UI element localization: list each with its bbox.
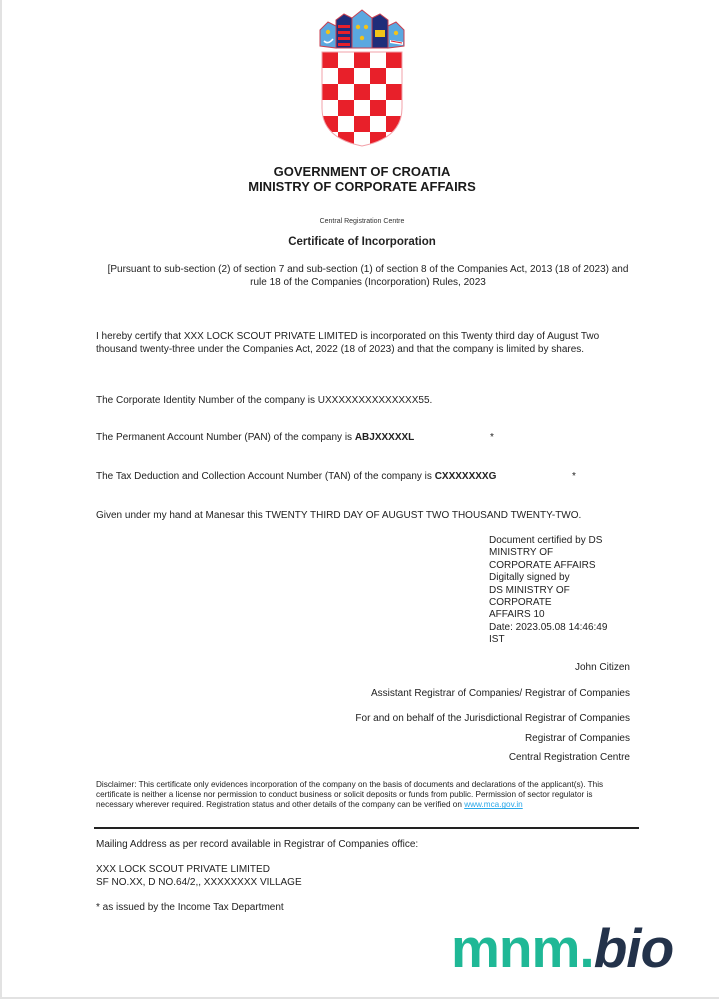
cin-statement: The Corporate Identity Number of the com… xyxy=(96,395,432,408)
pan-label: The Permanent Account Number (PAN) of th… xyxy=(96,432,355,443)
signature-line: CORPORATE xyxy=(489,597,649,609)
given-under-hand-statement: Given under my hand at Manesar this TWEN… xyxy=(96,510,581,523)
address-line-1: XXX LOCK SCOUT PRIVATE LIMITED xyxy=(96,864,302,877)
cin-label: The Corporate Identity Number of the com… xyxy=(96,395,318,406)
disclaimer-text: Disclaimer: This certificate only eviden… xyxy=(96,780,603,809)
address-line-2: SF NO.XX, D NO.64/2,, XXXXXXXX VILLAGE xyxy=(96,877,302,890)
pan-value: ABJXXXXXL xyxy=(355,432,414,443)
tax-footnote: * as issued by the Income Tax Department xyxy=(96,902,284,915)
certification-paragraph: I hereby certify that XXX LOCK SCOUT PRI… xyxy=(96,331,641,356)
signature-timezone: IST xyxy=(489,634,649,646)
croatian-coat-of-arms-icon xyxy=(314,8,410,148)
mailing-address-label: Mailing Address as per record available … xyxy=(96,839,418,852)
signature-line: Digitally signed by xyxy=(489,572,649,584)
tan-footnote-marker: * xyxy=(572,471,576,482)
pursuant-clause: [Pursuant to sub-section (2) of section … xyxy=(98,264,638,289)
signature-line: CORPORATE AFFAIRS xyxy=(489,560,649,572)
heading-line-ministry: MINISTRY OF CORPORATE AFFAIRS xyxy=(2,179,720,194)
pursuant-line-1: [Pursuant to sub-section (2) of section … xyxy=(98,264,638,277)
signature-line: DS MINISTRY OF xyxy=(489,585,649,597)
tan-value: CXXXXXXXG xyxy=(435,471,497,482)
cin-value: UXXXXXXXXXXXXXX55. xyxy=(318,395,433,406)
mca-website-link[interactable]: www.mca.gov.in xyxy=(464,800,523,809)
registrar-office: Registrar of Companies xyxy=(525,733,630,744)
digital-signature-block: Document certified by DS MINISTRY OF COR… xyxy=(489,535,649,647)
government-heading: GOVERNMENT OF CROATIA MINISTRY OF CORPOR… xyxy=(2,164,720,194)
pan-statement: The Permanent Account Number (PAN) of th… xyxy=(96,432,414,445)
heading-line-government: GOVERNMENT OF CROATIA xyxy=(2,164,720,179)
watermark-part-1: mnm. xyxy=(451,917,594,979)
pan-footnote-marker: * xyxy=(490,432,494,443)
tan-statement: The Tax Deduction and Collection Account… xyxy=(96,471,496,484)
registrar-centre: Central Registration Centre xyxy=(509,752,630,763)
registrar-name: John Citizen xyxy=(575,662,630,673)
central-registration-centre-label: Central Registration Centre xyxy=(2,218,720,225)
certificate-page: GOVERNMENT OF CROATIA MINISTRY OF CORPOR… xyxy=(0,0,719,999)
registrar-behalf: For and on behalf of the Jurisdictional … xyxy=(355,713,630,724)
disclaimer: Disclaimer: This certificate only eviden… xyxy=(96,780,616,811)
signature-line: Document certified by DS xyxy=(489,535,649,547)
signature-line: AFFAIRS 10 xyxy=(489,609,649,621)
watermark-logo: mnm.bio xyxy=(451,913,673,983)
watermark-part-2: bio xyxy=(594,917,673,979)
signature-date: Date: 2023.05.08 14:46:49 xyxy=(489,622,649,634)
mailing-address: XXX LOCK SCOUT PRIVATE LIMITED SF NO.XX,… xyxy=(96,864,302,889)
section-divider xyxy=(94,827,639,829)
certificate-title: Certificate of Incorporation xyxy=(2,236,720,248)
registrar-title: Assistant Registrar of Companies/ Regist… xyxy=(371,688,630,699)
pursuant-line-2: rule 18 of the Companies (Incorporation)… xyxy=(98,277,638,290)
tan-label: The Tax Deduction and Collection Account… xyxy=(96,471,435,482)
signature-line: MINISTRY OF xyxy=(489,547,649,559)
